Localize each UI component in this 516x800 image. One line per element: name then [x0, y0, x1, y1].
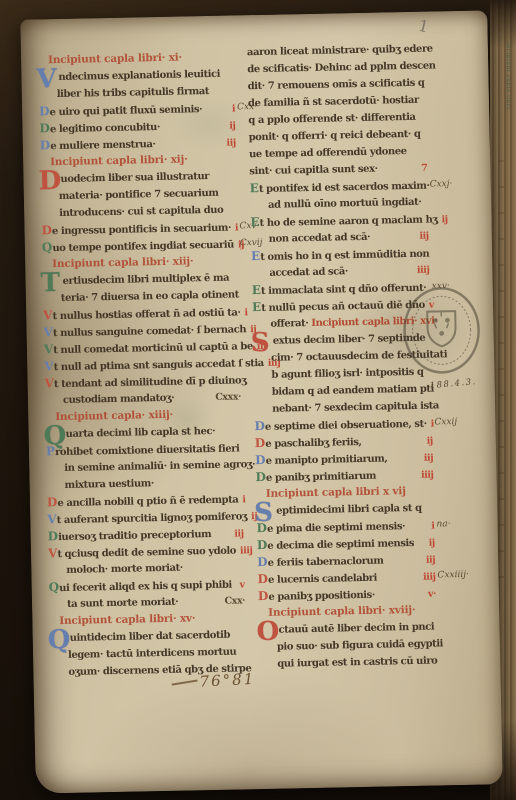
- parchment-page: 1 Incipiunt capla libri· xi·Vndecimus ex…: [20, 10, 502, 793]
- fleur-de-lis-icon: [433, 312, 450, 336]
- initial-letter: V: [43, 324, 52, 341]
- chapter-numeral: i: [228, 100, 236, 117]
- initial-letter: D: [258, 588, 268, 605]
- initial-letter: D: [255, 435, 265, 452]
- edge-speckles: [498, 160, 504, 580]
- initial-letter: Q: [42, 239, 52, 256]
- initial-letter: V: [44, 341, 53, 358]
- chapter-numeral: Cxx·: [220, 592, 245, 609]
- chapter-numeral: iiij: [413, 262, 430, 279]
- initial-letter: D: [39, 103, 49, 120]
- initial-letter: D: [47, 494, 57, 511]
- chapter-numeral: ij: [422, 433, 432, 450]
- manuscript-photo: Incipiunt capla libri 1 Incipiunt capla …: [0, 0, 516, 800]
- marginal-reference: Cxxiiij·: [437, 567, 479, 585]
- initial-letter: D: [47, 528, 57, 545]
- text-line: qui iurgat est in castris cū uiro: [259, 653, 437, 674]
- initial-letter: D: [39, 120, 49, 137]
- initial-letter: E: [251, 248, 260, 265]
- initial-letter: D: [257, 571, 267, 588]
- chapter-numeral: Cxxx·: [211, 388, 241, 406]
- chapter-numeral: v·: [424, 586, 436, 603]
- initial-letter: D: [255, 452, 265, 469]
- line-text: qui iurgat est in castris cū uiro: [277, 653, 437, 673]
- marginal-reference: na·: [436, 516, 478, 534]
- initial-letter: P: [46, 443, 55, 460]
- chapter-numeral: iiij: [236, 542, 253, 559]
- marginal-reference: Cxxij: [434, 414, 476, 432]
- initial-letter: D: [40, 137, 50, 154]
- chapter-numeral: iij: [422, 552, 436, 569]
- chapter-numeral: 7: [417, 160, 428, 177]
- initial-letter: V: [48, 545, 57, 562]
- chapter-numeral: v: [235, 576, 244, 593]
- initial-letter: V: [44, 358, 53, 375]
- initial-letter: D: [256, 520, 266, 537]
- chapter-numeral: iiij: [417, 467, 434, 484]
- text-column-left: Incipiunt capla libri· xi·Vndecimus expl…: [38, 48, 247, 681]
- chapter-numeral: iij: [222, 134, 236, 151]
- chapter-numeral: i: [427, 518, 435, 535]
- initial-letter: E: [250, 214, 259, 231]
- chapter-numeral: iij: [420, 450, 434, 467]
- line-text: non accedat ad scā·: [269, 229, 371, 248]
- initial-letter: D: [255, 469, 265, 486]
- line-text: mixtura uestium·: [64, 475, 154, 494]
- chapter-numeral: ij: [425, 535, 435, 552]
- chapter-numeral: i: [240, 304, 248, 321]
- initial-letter: E: [252, 282, 261, 299]
- chapter-numeral: i: [427, 416, 435, 433]
- initial-letter: V: [43, 307, 52, 324]
- initial-letter: D: [254, 418, 264, 435]
- initial-letter: V: [47, 511, 56, 528]
- chapter-numeral: ij: [225, 117, 235, 134]
- folio-number: 1: [417, 16, 431, 37]
- chapter-numeral: i: [231, 219, 239, 236]
- chapter-numeral: ij: [437, 211, 447, 228]
- initial-letter: V: [44, 375, 53, 392]
- initial-letter: E: [252, 299, 261, 316]
- edge-inscription: Incipiunt capla libri: [505, 42, 511, 162]
- initial-letter: D: [257, 537, 267, 554]
- chapter-numeral: iij: [230, 525, 244, 542]
- shelfmark-inscription: 188.4.3.: [429, 377, 477, 391]
- initial-letter: Q: [49, 579, 59, 596]
- bottom-inscription: 76°81: [171, 670, 256, 693]
- marginal-reference: Cxxj·: [430, 176, 472, 194]
- chapter-numeral: i: [238, 491, 246, 508]
- chapter-numeral: iij: [415, 228, 429, 245]
- initial-letter: E: [250, 180, 259, 197]
- initial-letter: D: [257, 554, 267, 571]
- chapter-numeral: iiij: [419, 569, 436, 586]
- line-text: offerat·: [270, 315, 308, 333]
- initial-letter: D: [41, 222, 51, 239]
- library-stamp: [400, 285, 484, 379]
- line-text: accedat ad scā·: [269, 263, 348, 282]
